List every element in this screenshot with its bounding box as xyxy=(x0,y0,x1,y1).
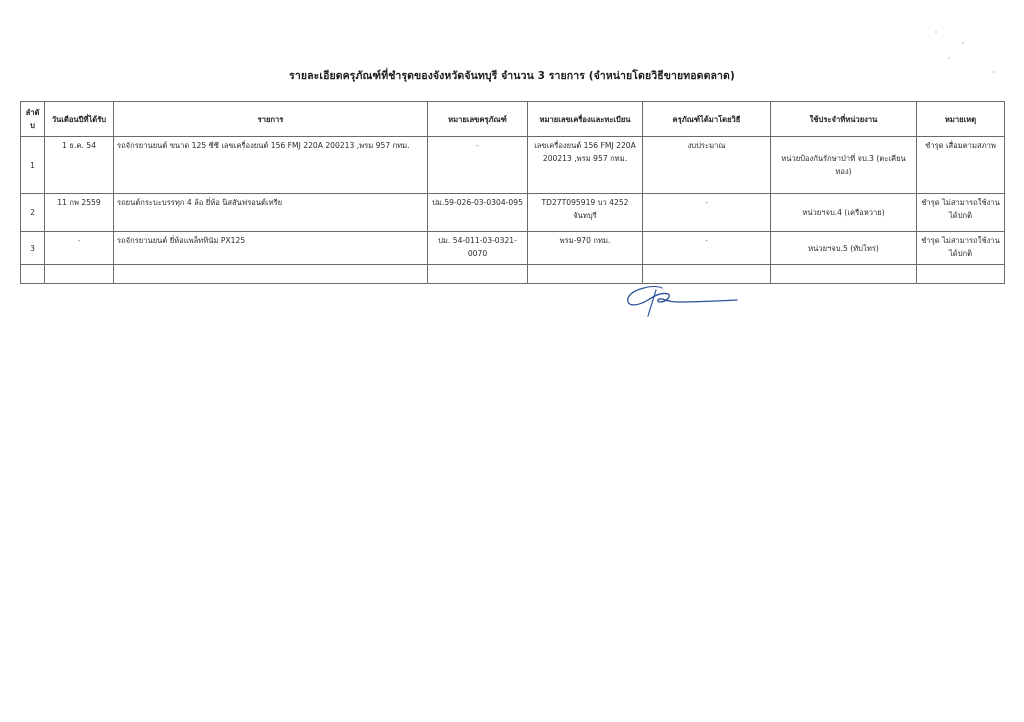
header-assigned-unit: ใช้ประจำที่หน่วยงาน xyxy=(771,102,917,137)
scan-speck xyxy=(948,57,950,59)
cell-empty xyxy=(771,265,917,284)
cell-assigned-unit: หน่วยฯจบ.5 (ทับไทร) xyxy=(771,232,917,265)
header-no: ลำดับ xyxy=(21,102,45,137)
cell-assigned-unit: หน่วยฯจบ.4 (เครือหวาย) xyxy=(771,194,917,232)
cell-engine-registration: TD27T095919 บว 4252 จันทบุรี xyxy=(528,194,643,232)
cell-remark: ชำรุด เสื่อมตามสภาพ xyxy=(917,137,1005,194)
header-date-received: วันเดือนปีที่ได้รับ xyxy=(45,102,114,137)
cell-no: 2 xyxy=(21,194,45,232)
cell-date: - xyxy=(45,232,114,265)
cell-asset-number: ปม.59-026-03-0304-095 xyxy=(428,194,528,232)
cell-empty xyxy=(45,265,114,284)
cell-empty xyxy=(114,265,428,284)
cell-empty xyxy=(643,265,771,284)
cell-remark: ชำรุด ไม่สามารถใช้งานได้ปกติ xyxy=(917,232,1005,265)
signature xyxy=(622,282,742,322)
table-row: 3 - รถจักรยานยนต์ ยี่ห้อแพล็ททินัม PX125… xyxy=(21,232,1005,265)
scan-speck xyxy=(962,42,964,44)
cell-assigned-unit: หน่วยป้องกันรักษาป่าที่ จบ.3 (ตะเคียนทอง… xyxy=(771,137,917,194)
cell-remark: ชำรุด ไม่สามารถใช้งานได้ปกติ xyxy=(917,194,1005,232)
cell-empty xyxy=(917,265,1005,284)
cell-date: 11 กพ 2559 xyxy=(45,194,114,232)
header-item: รายการ xyxy=(114,102,428,137)
header-remark: หมายเหตุ xyxy=(917,102,1005,137)
cell-acquisition-method: - xyxy=(643,232,771,265)
cell-item: รถยนต์กระบะบรรทุก 4 ล้อ ยี่ห้อ นิสสันฟรอ… xyxy=(114,194,428,232)
page-title: รายละเอียดครุภัณฑ์ที่ชำรุดของจังหวัดจันท… xyxy=(0,67,1024,84)
cell-item: รถจักรยานยนต์ ขนาด 125 ซีซี เลขเครื่องยน… xyxy=(114,137,428,194)
inventory-table: ลำดับ วันเดือนปีที่ได้รับ รายการ หมายเลข… xyxy=(20,101,1005,284)
cell-asset-number: ปม. 54-011-03-0321-0070 xyxy=(428,232,528,265)
table-row: 2 11 กพ 2559 รถยนต์กระบะบรรทุก 4 ล้อ ยี่… xyxy=(21,194,1005,232)
cell-date: 1 ธ.ค. 54 xyxy=(45,137,114,194)
cell-no: 1 xyxy=(21,137,45,194)
scan-speck xyxy=(935,31,937,33)
table-row: 1 1 ธ.ค. 54 รถจักรยานยนต์ ขนาด 125 ซีซี … xyxy=(21,137,1005,194)
cell-empty xyxy=(528,265,643,284)
cell-acquisition-method: - xyxy=(643,194,771,232)
cell-engine-registration: พรม-970 กทม. xyxy=(528,232,643,265)
cell-no: 3 xyxy=(21,232,45,265)
header-engine-registration: หมายเลขเครื่องและทะเบียน xyxy=(528,102,643,137)
header-acquisition-method: ครุภัณฑ์ได้มาโดยวิธี xyxy=(643,102,771,137)
header-asset-number: หมายเลขครุภัณฑ์ xyxy=(428,102,528,137)
scan-speck xyxy=(993,71,995,73)
cell-acquisition-method: งบประมาณ xyxy=(643,137,771,194)
cell-item: รถจักรยานยนต์ ยี่ห้อแพล็ททินัม PX125 xyxy=(114,232,428,265)
cell-empty xyxy=(428,265,528,284)
table-row-empty xyxy=(21,265,1005,284)
cell-empty xyxy=(21,265,45,284)
table-header-row: ลำดับ วันเดือนปีที่ได้รับ รายการ หมายเลข… xyxy=(21,102,1005,137)
cell-engine-registration: เลขเครื่องยนต์ 156 FMJ 220A 200213 ,พรม … xyxy=(528,137,643,194)
cell-asset-number: - xyxy=(428,137,528,194)
